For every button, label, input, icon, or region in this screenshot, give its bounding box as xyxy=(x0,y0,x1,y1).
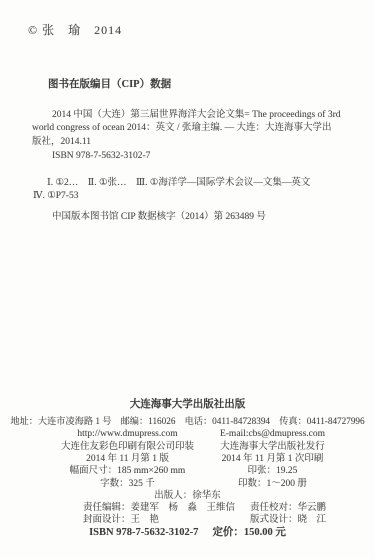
publisher-line: 大连海事大学出版社出版 xyxy=(0,399,375,411)
distributor-line: 大连海事大学出版社发行 xyxy=(180,441,365,453)
cip-heading: 图书在版编目（CIP）数据 xyxy=(48,79,171,91)
cip-isbn-line: ISBN 978-7-5632-3102-7 xyxy=(52,150,150,162)
isbn-number: ISBN 978-7-5632-3102-7 xyxy=(89,527,198,538)
publisher-person-line: 出版人：徐华东 xyxy=(0,490,375,502)
cip-entry-line-3: 版社，2014.11 xyxy=(32,136,91,148)
layout-design-line: 版式设计：晓 江 xyxy=(250,514,326,526)
cip-record-number-line: 中国版本图书馆 CIP 数据核字（2014）第 263489 号 xyxy=(52,211,266,223)
price-value: 定价：150.00 元 xyxy=(212,527,286,538)
book-copyright-page: © 张 瑜 2014 图书在版编目（CIP）数据 2014 中国（大连）第三届世… xyxy=(0,0,375,559)
printing-line: 2014 年 11 月第 1 次印刷 xyxy=(180,453,365,465)
email-address: E-mail:cbs@dmupress.com xyxy=(180,428,365,440)
cover-design-line: 封面设计：王 艳 xyxy=(83,514,159,526)
cip-classification-line-2: Ⅳ. ①P7-53 xyxy=(33,190,78,202)
isbn-price-line: ISBN 978-7-5632-3102-7定价：150.00 元 xyxy=(0,527,375,539)
cip-entry-line-1: 2014 中国（大连）第三届世界海洋大会论文集= The proceedings… xyxy=(52,109,340,121)
responsible-editors-line: 责任编辑：姜建军 杨 淼 王维信 xyxy=(83,502,235,514)
copyright-notice: © 张 瑜 2014 xyxy=(28,24,122,36)
proofreader-line: 责任校对：华云鹏 xyxy=(250,502,326,514)
address-line: 地址：大连市凌海路 1 号 邮编：116026 电话：0411-84728394… xyxy=(0,415,375,427)
printed-sheets-line: 印张：19.25 xyxy=(180,465,365,477)
print-run-line: 印数：1～200 册 xyxy=(180,478,365,490)
cip-classification-line-1: Ⅰ. ①2… Ⅱ. ①张… Ⅲ. ①海洋学—国际学术会议—文集—英文 xyxy=(47,177,310,189)
cip-entry-line-2: world congress of ocean 2014：英文 / 张瑜主编. … xyxy=(32,122,331,134)
